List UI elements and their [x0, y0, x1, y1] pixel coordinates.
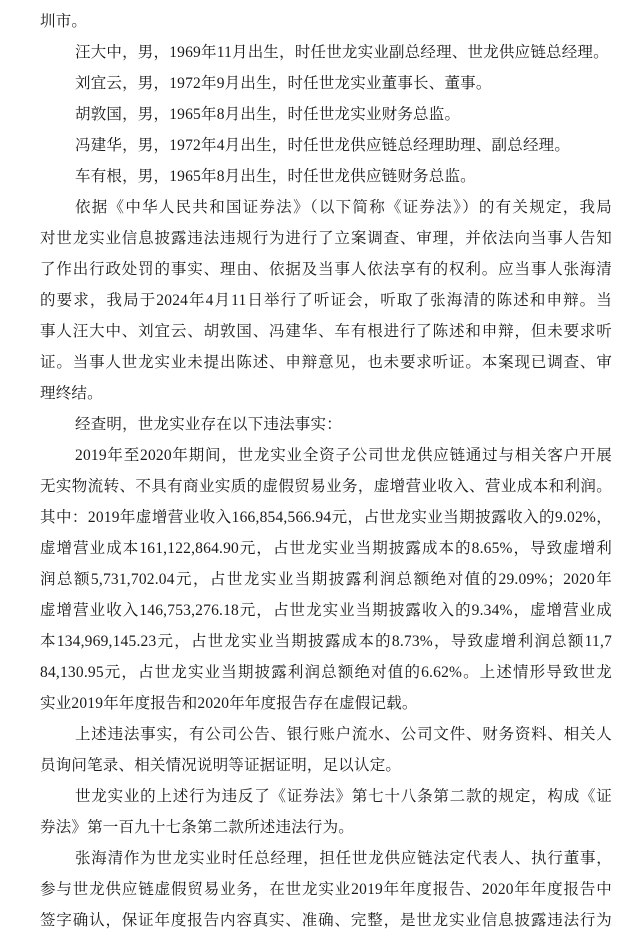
text-line: 事人汪大中、刘宜云、胡敦国、冯建华、车有根进行了陈述和申辩，但未要求听 [40, 316, 612, 347]
text-line: 经查明，世龙实业存在以下违法事实： [40, 409, 612, 440]
text-line: 的要求，我局于2024年4月11日举行了听证会，听取了张海清的陈述和申辩。当 [40, 285, 612, 316]
text-line: 虚增营业成本161,122,864.90元，占世龙实业当期披露成本的8.65%，… [40, 533, 612, 564]
text-line: 本134,969,145.23元，占世龙实业当期披露成本的8.73%，导致虚增利… [40, 626, 612, 657]
text-line: 84,130.95元，占世龙实业当期披露利润总额绝对值的6.62%。上述情形导致… [40, 657, 612, 688]
text-line: 依据《中华人民共和国证券法》（以下简称《证券法》）的有关规定，我局 [40, 192, 612, 223]
text-line: 了作出行政处罚的事实、理由、依据及当事人依法享有的权利。应当事人张海清 [40, 254, 612, 285]
scanned-document-page: 圳市。汪大中，男，1969年11月出生，时任世龙实业副总经理、世龙供应链总经理。… [0, 0, 621, 940]
text-line: 券法》第一百九十七条第二款所述违法行为。 [40, 812, 612, 843]
text-line: 其中：2019年虚增营业收入166,854,566.94元，占世龙实业当期披露收… [40, 502, 612, 533]
text-line: 汪大中，男，1969年11月出生，时任世龙实业副总经理、世龙供应链总经理。 [40, 37, 612, 68]
text-line: 2019年至2020年期间，世龙实业全资子公司世龙供应链通过与相关客户开展 [40, 440, 612, 471]
text-line: 虚增营业收入146,753,276.18元，占世龙实业当期披露收入的9.34%，… [40, 595, 612, 626]
document-body: 圳市。汪大中，男，1969年11月出生，时任世龙实业副总经理、世龙供应链总经理。… [40, 6, 612, 936]
text-line: 冯建华，男，1972年4月出生，时任世龙供应链总经理助理、副总经理。 [40, 130, 612, 161]
text-line: 胡敦国，男，1965年8月出生，时任世龙实业财务总监。 [40, 99, 612, 130]
text-line: 车有根，男，1965年8月出生，时任世龙供应链财务总监。 [40, 161, 612, 192]
text-line: 张海清作为世龙实业时任总经理，担任世龙供应链法定代表人、执行董事， [40, 843, 612, 874]
text-line: 无实物流转、不具有商业实质的虚假贸易业务，虚增营业收入、营业成本和利润。 [40, 471, 612, 502]
text-line: 上述违法事实，有公司公告、银行账户流水、公司文件、财务资料、相关人 [40, 719, 612, 750]
text-line: 理终结。 [40, 378, 612, 409]
text-line: 参与世龙供应链虚假贸易业务，在世龙实业2019年年度报告、2020年年度报告中 [40, 874, 612, 905]
text-line: 实业2019年年度报告和2020年年度报告存在虚假记载。 [40, 688, 612, 719]
text-line: 员询问笔录、相关情况说明等证据证明，足以认定。 [40, 750, 612, 781]
text-line: 世龙实业的上述行为违反了《证券法》第七十八条第二款的规定，构成《证 [40, 781, 612, 812]
text-line: 对世龙实业信息披露违法违规行为进行了立案调查、审理，并依法向当事人告知 [40, 223, 612, 254]
text-line: 证。当事人世龙实业未提出陈述、申辩意见，也未要求听证。本案现已调查、审 [40, 347, 612, 378]
text-line: 润总额5,731,702.04元，占世龙实业当期披露利润总额绝对值的29.09%… [40, 564, 612, 595]
text-line: 圳市。 [40, 6, 612, 37]
text-line: 签字确认，保证年度报告内容真实、准确、完整，是世龙实业信息披露违法行为 [40, 905, 612, 936]
text-line: 刘宜云，男，1972年9月出生，时任世龙实业董事长、董事。 [40, 68, 612, 99]
